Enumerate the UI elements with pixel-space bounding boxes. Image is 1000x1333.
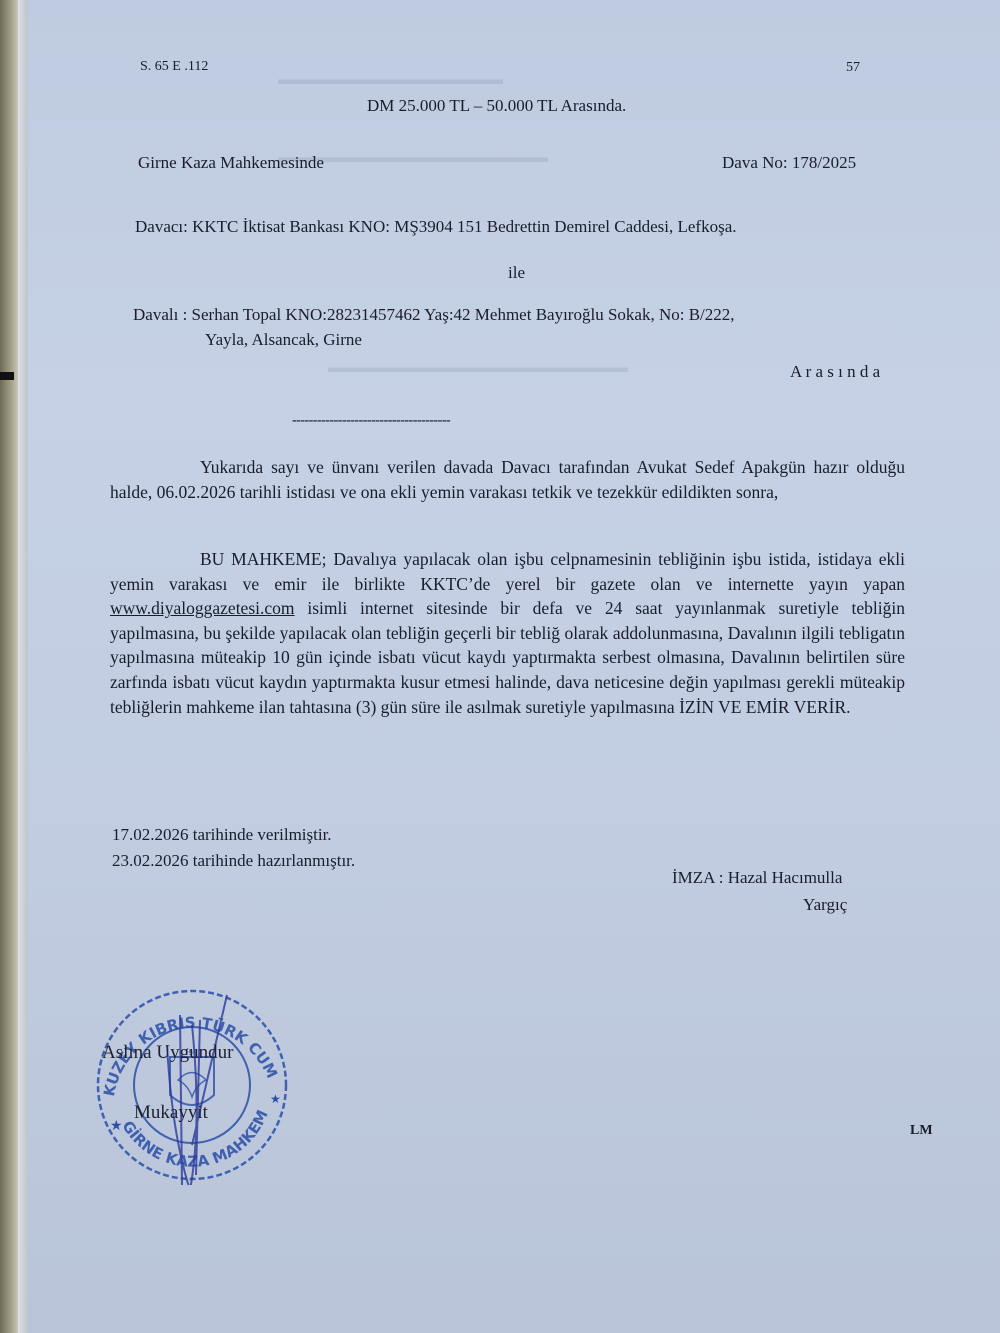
court-seal-icon: KUZEY KIBRIS TÜRK CUMHURİYETİ GİRNE KAZA…: [92, 985, 292, 1185]
plaintiff-line: Davacı: KKTC İktisat Bankası KNO: MŞ3904…: [135, 218, 737, 235]
judge-signature: İMZA : Hazal Hacımulla: [672, 869, 842, 886]
defendant-label: Davalı :: [133, 305, 187, 324]
judge-title: Yargıç: [803, 896, 847, 913]
newspaper-website-link[interactable]: www.diyaloggazetesi.com: [110, 598, 295, 618]
svg-text:★: ★: [110, 1119, 123, 1134]
conjunction-ile: ile: [508, 264, 525, 281]
plaintiff-label: Davacı:: [135, 217, 188, 236]
order-text-part1: BU MAHKEME; Davalıya yapılacak olan işbu…: [110, 549, 905, 594]
page-number: 57: [846, 61, 860, 75]
certified-copy-label: Aslına Uygundur: [102, 1042, 233, 1064]
svg-text:★: ★: [270, 1092, 281, 1106]
defendant-line: Davalı : Serhan Topal KNO:28231457462 Ya…: [133, 306, 735, 323]
plaintiff-details: KKTC İktisat Bankası KNO: MŞ3904 151 Bed…: [192, 217, 736, 236]
defendant-address: Yayla, Alsancak, Girne: [205, 331, 362, 348]
typist-initials: LM: [910, 1124, 933, 1138]
intro-paragraph: Yukarıda sayı ve ünvanı verilen davada D…: [110, 455, 905, 504]
defendant-details: Serhan Topal KNO:28231457462 Yaş:42 Mehm…: [192, 305, 735, 324]
form-reference: S. 65 E .112: [140, 60, 208, 74]
prepared-date: 23.02.2026 tarihinde hazırlanmıştır.: [112, 852, 355, 869]
registrar-label: Mukayyit: [134, 1102, 208, 1124]
issued-date: 17.02.2026 tarihinde verilmiştir.: [112, 826, 332, 843]
court-name: Girne Kaza Mahkemesinde: [138, 154, 324, 171]
binder-clip: [0, 372, 14, 380]
document-title: DM 25.000 TL – 50.000 TL Arasında.: [367, 97, 626, 114]
separator-line: --------------------------------------: [292, 414, 450, 428]
between-label: A r a s ı n d a: [790, 363, 880, 380]
court-stamp: KUZEY KIBRIS TÜRK CUMHURİYETİ GİRNE KAZA…: [92, 985, 292, 1185]
case-number: Dava No: 178/2025: [722, 154, 856, 171]
order-paragraph: BU MAHKEME; Davalıya yapılacak olan işbu…: [110, 547, 905, 719]
